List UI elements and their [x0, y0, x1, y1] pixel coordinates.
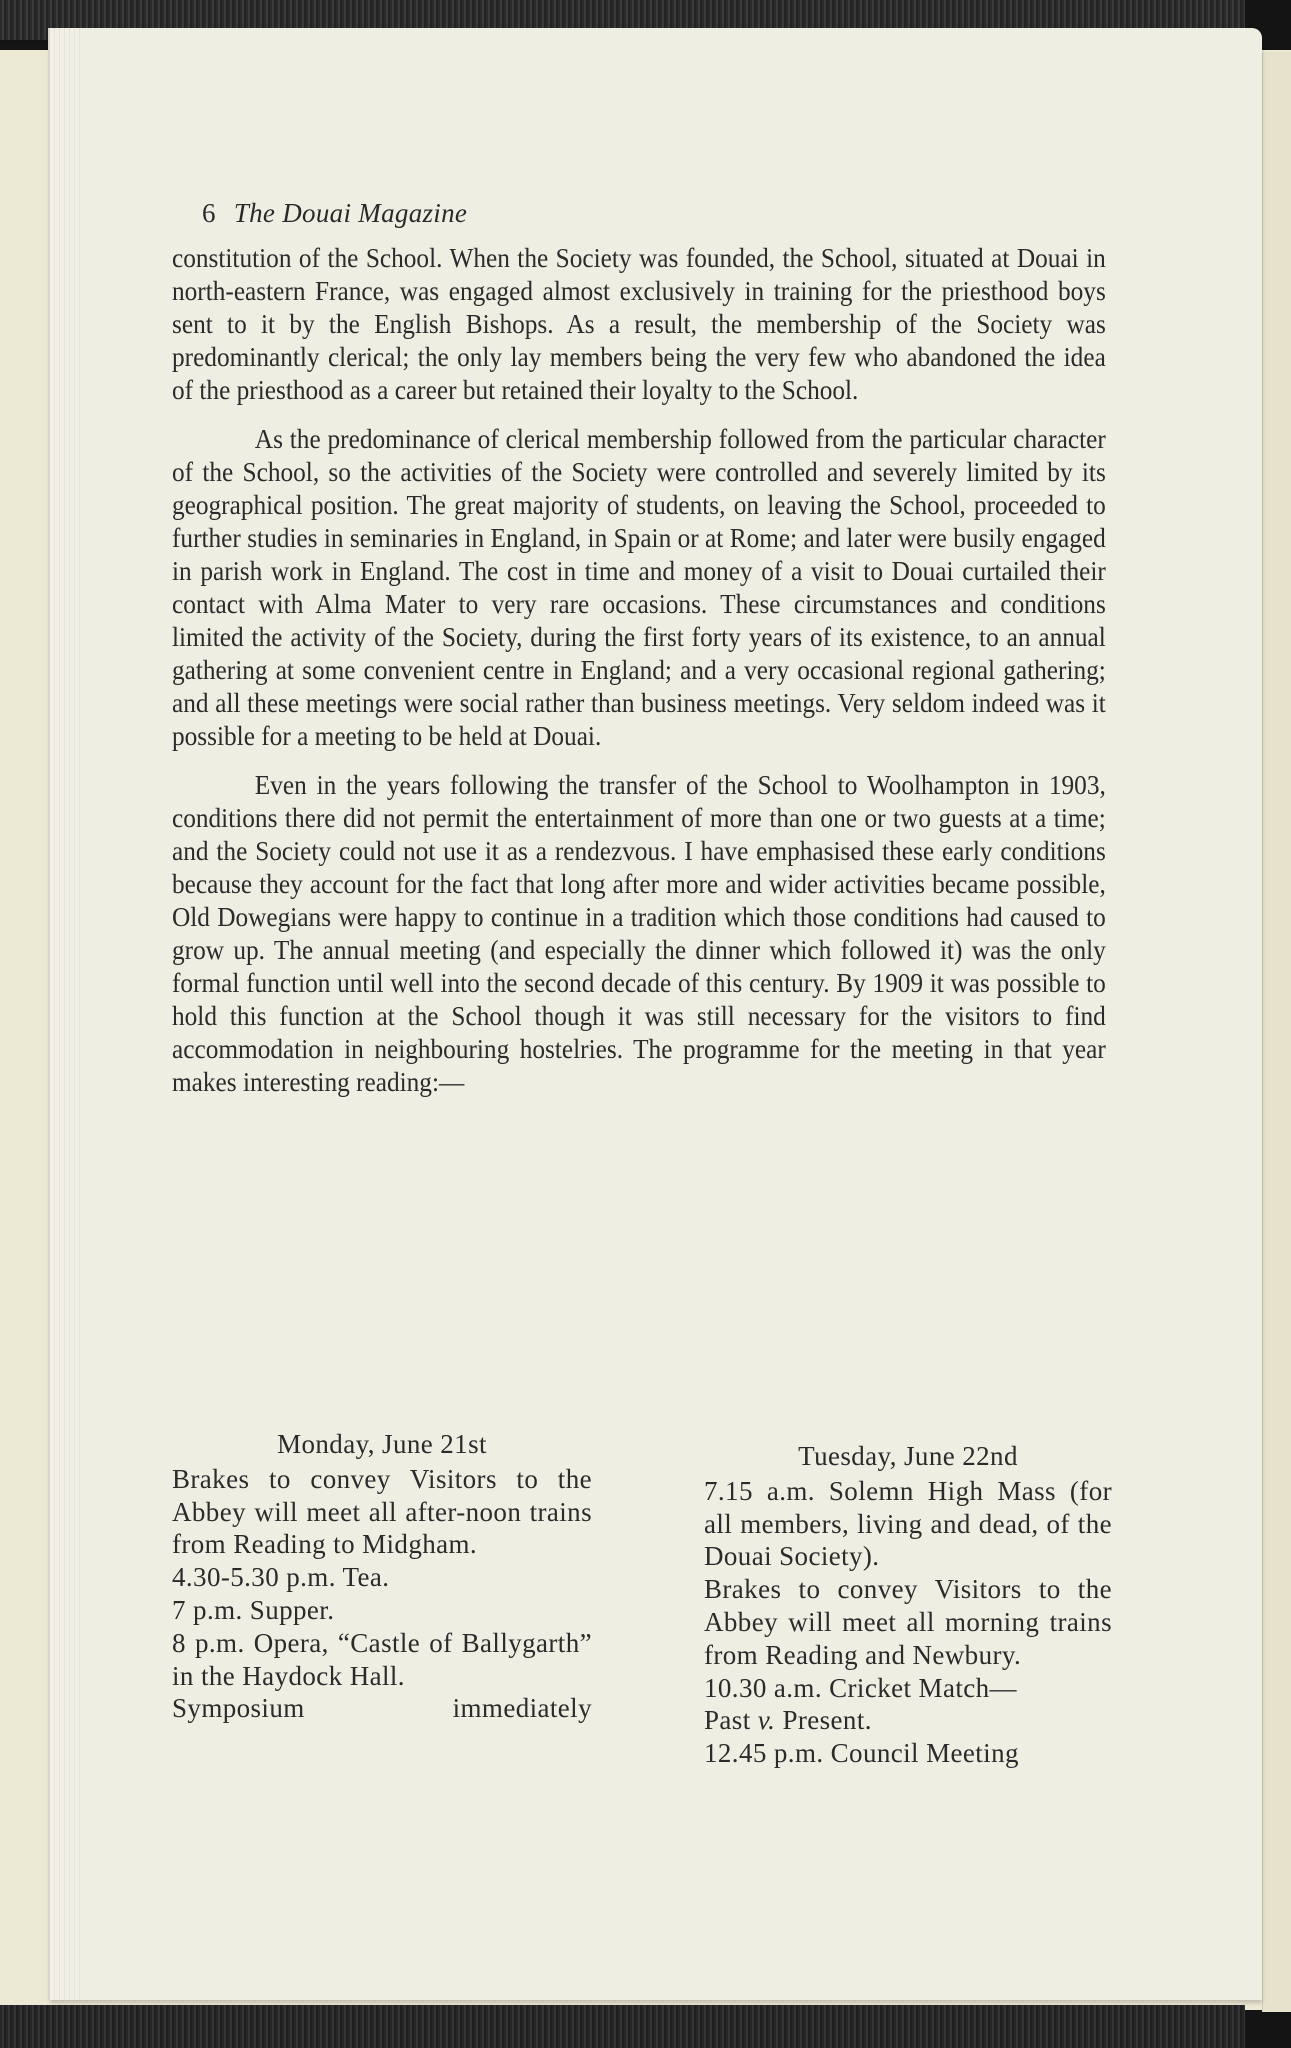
cricket-past: Past: [704, 1705, 758, 1735]
programme-monday: Monday, June 21st Brakes to convey Visit…: [172, 1428, 592, 1770]
symposium-timing: immediately: [453, 1692, 592, 1725]
programme-item: 8 p.m. Opera, “Castle of Ballygarth” in …: [172, 1627, 592, 1693]
day-heading: Monday, June 21st: [172, 1428, 592, 1461]
page-stack-edges: [50, 28, 80, 2000]
programme-item: 7.15 a.m. Solemn High Mass (for all memb…: [704, 1475, 1112, 1573]
symposium-label: Symposium: [172, 1692, 305, 1725]
programme-item: Brakes to convey Visitors to the Abbey w…: [704, 1573, 1112, 1671]
paragraph: constitution of the School. When the Soc…: [172, 241, 1106, 406]
meeting-programme: Monday, June 21st Brakes to convey Visit…: [172, 1428, 1122, 1770]
book-page: 6The Douai Magazine constitution of the …: [50, 28, 1262, 2000]
programme-item: 12.45 p.m. Council Meeting: [704, 1737, 1112, 1770]
programme-item: Symposium immediately: [172, 1692, 592, 1725]
programme-item: Brakes to convey Visitors to the Abbey w…: [172, 1463, 592, 1561]
article-body: constitution of the School. When the Soc…: [172, 241, 1106, 1114]
running-head: 6The Douai Magazine: [202, 198, 467, 229]
cricket-present: Present.: [775, 1705, 872, 1735]
magazine-title: The Douai Magazine: [234, 198, 467, 228]
programme-item: 7 p.m. Supper.: [172, 1594, 592, 1627]
facing-page-edge: [1262, 52, 1291, 2012]
paragraph: As the predominance of clerical membersh…: [172, 422, 1106, 752]
book-cover-bottom: [0, 2005, 1245, 2048]
programme-item: 4.30-5.30 p.m. Tea.: [172, 1561, 592, 1594]
page-number: 6: [202, 198, 216, 228]
versus: v.: [758, 1705, 776, 1735]
programme-item: Past v. Present.: [704, 1704, 1112, 1737]
paragraph: Even in the years following the transfer…: [172, 768, 1106, 1098]
day-heading: Tuesday, June 22nd: [704, 1440, 1112, 1473]
programme-item: 10.30 a.m. Cricket Match—: [704, 1672, 1112, 1705]
programme-tuesday: Tuesday, June 22nd 7.15 a.m. Solemn High…: [704, 1440, 1112, 1770]
